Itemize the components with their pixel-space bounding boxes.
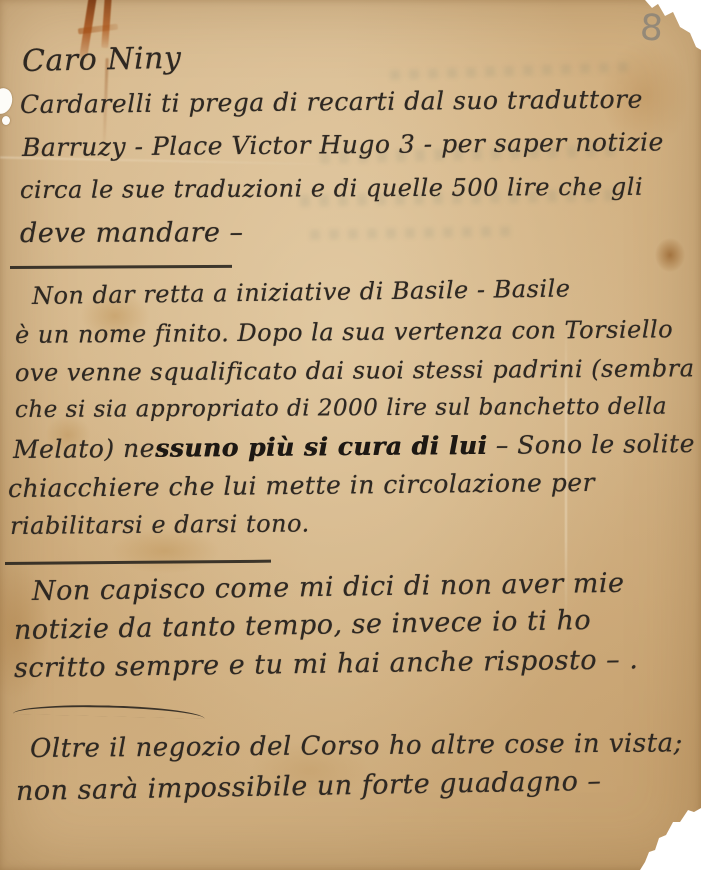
letter-line-segment-overwritten: ssuno più si cura di lui [155,431,488,463]
page-number: 8 [639,7,665,49]
letter-line: deve mandare – [20,217,244,249]
letter-line-segment: – Sono le solite [487,429,695,460]
letter-line: Barruzy - Place Victor Hugo 3 - per sape… [22,127,664,162]
letter-line-segment: Melato) ne [13,434,155,464]
letter-line: è un nome finito. Dopo la sua vertenza c… [15,315,673,349]
letter-line: chiacchiere che lui mette in circolazion… [8,468,595,503]
paper-chip [2,116,10,125]
letter-line: Cardarelli ti prega di recarti dal suo t… [20,85,643,119]
letter-line: Oltre il negozio del Corso ho altre cose… [30,728,683,764]
letter-line: Caro Niny [22,41,182,79]
letter-line: riabilitarsi e darsi tono. [10,509,310,540]
scanned-letter-page: 8 Caro Niny Cardarelli ti prega di recar… [0,0,701,870]
letter-line: Melato) nessuno più si cura di lui – Son… [13,429,695,464]
letter-line: ove venne squalificato dai suoi stessi p… [15,354,695,387]
letter-line: circa le sue traduzioni e di quelle 500 … [20,173,643,204]
letter-line: che si sia appropriato di 2000 lire sul … [15,394,667,423]
